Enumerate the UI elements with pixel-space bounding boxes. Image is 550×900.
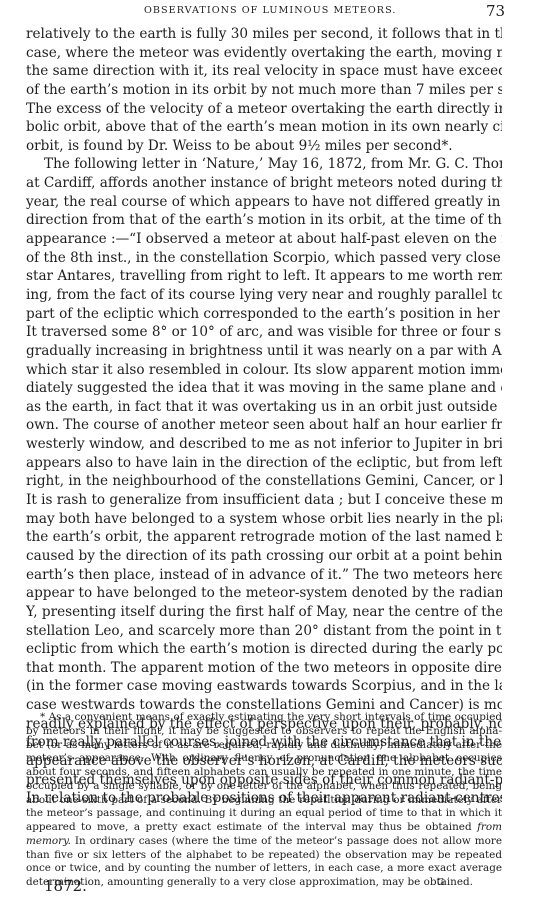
text-line: bolic orbit, above that of the earth’s m… [26,118,502,137]
italic-word: from [477,821,502,833]
footnote-line: appeared to move, a pretty exact estimat… [26,821,502,835]
running-title: OBSERVATIONS OF LUMINOUS METEORS. [144,5,396,16]
footnote-line: occupied by a single syllable, or by one… [26,780,502,794]
footnote: * As a convenient means of exactly estim… [26,711,502,890]
text-line: that month. The apparent motion of the t… [26,659,502,678]
text-line: stellation Leo, and scarcely more than 2… [26,622,502,641]
footnote-line: meteor’s appearance. With ordinary fluen… [26,752,502,766]
text-line: case, where the meteor was evidently ove… [26,44,502,63]
footnote-line: * As a convenient means of exactly estim… [26,711,502,725]
footnote-line: than five or six letters of the alphabet… [26,849,502,863]
footnote-line: memory. In ordinary cases (where the tim… [26,835,502,849]
text-line: at Cardiff, affords another instance of … [26,174,502,193]
footnote-line: once or twice, and by counting the numbe… [26,862,502,876]
text-line: as the earth, in fact that it was overta… [26,398,502,417]
footnote-line: by meteors in their flight, it may be su… [26,725,502,739]
text-line: the earth’s orbit, the apparent retrogra… [26,528,502,547]
text-line: of the earth’s motion in its orbit by no… [26,81,502,100]
text-line: of the 8th inst., in the constellation S… [26,249,502,268]
footnote-line: about one-sixth part of a second. By beg… [26,794,502,808]
footnote-line: the meteor’s passage, and continuing it … [26,807,502,821]
text-line: appears also to have lain in the directi… [26,454,502,473]
text-line: appearance :—“I observed a meteor at abo… [26,230,502,249]
italic-word: memory. [26,835,71,847]
text-line: relatively to the earth is fully 30 mile… [26,25,502,44]
text-line: earth’s then place, instead of in advanc… [26,566,502,585]
text-line: The excess of the velocity of a meteor o… [26,100,502,119]
text-line: star Antares, travelling from right to l… [26,267,502,286]
footnote-line-text: In ordinary cases (where the time of the… [75,835,502,847]
text-line: (in the former case moving eastwards tow… [26,677,502,696]
text-line: which star it also resembled in colour. … [26,361,502,380]
text-line: direction from that of the earth’s motio… [26,211,502,230]
year-mark: 1872. [44,877,87,895]
text-line: The following letter in ‘Nature,’ May 16… [26,155,502,174]
text-line: right, in the neighbourhood of the const… [26,472,502,491]
text-line: caused by the direction of its path cros… [26,547,502,566]
text-line: ecliptic from which the earth’s motion i… [26,640,502,659]
text-line: appear to have belonged to the meteor-sy… [26,584,502,603]
text-line: gradually increasing in brightness until… [26,342,502,361]
text-line: may both have belonged to a system whose… [26,510,502,529]
text-line: orbit, is found by Dr. Weiss to be about… [26,137,502,156]
footnote-line: bet (or as many letters of it as are req… [26,739,502,753]
footnote-line-text: appeared to move, a pretty exact estimat… [26,821,472,833]
page-number: 73 [486,2,505,20]
text-line: westerly window, and described to me as … [26,435,502,454]
body-text: relatively to the earth is fully 30 mile… [26,25,502,808]
text-line: Y, presenting itself during the first ha… [26,603,502,622]
text-line: part of the ecliptic which corresponded … [26,305,502,324]
running-head: OBSERVATIONS OF LUMINOUS METEORS. 73 [0,2,550,18]
text-line: diately suggested the idea that it was m… [26,379,502,398]
text-line: ing, from the fact of its course lying v… [26,286,502,305]
text-line: own. The course of another meteor seen a… [26,416,502,435]
sheet-signature: G [437,878,444,888]
text-line: year, the real course of which appears t… [26,193,502,212]
footnote-line: determination, amounting generally to a … [26,876,502,890]
text-line: It traversed some 8° or 10° of arc, and … [26,323,502,342]
document-page: OBSERVATIONS OF LUMINOUS METEORS. 73 rel… [0,0,550,900]
text-line: the same direction with it, its real vel… [26,62,502,81]
footnote-line: about four seconds, and fifteen alphabet… [26,766,502,780]
text-line: It is rash to generalize from insufficie… [26,491,502,510]
